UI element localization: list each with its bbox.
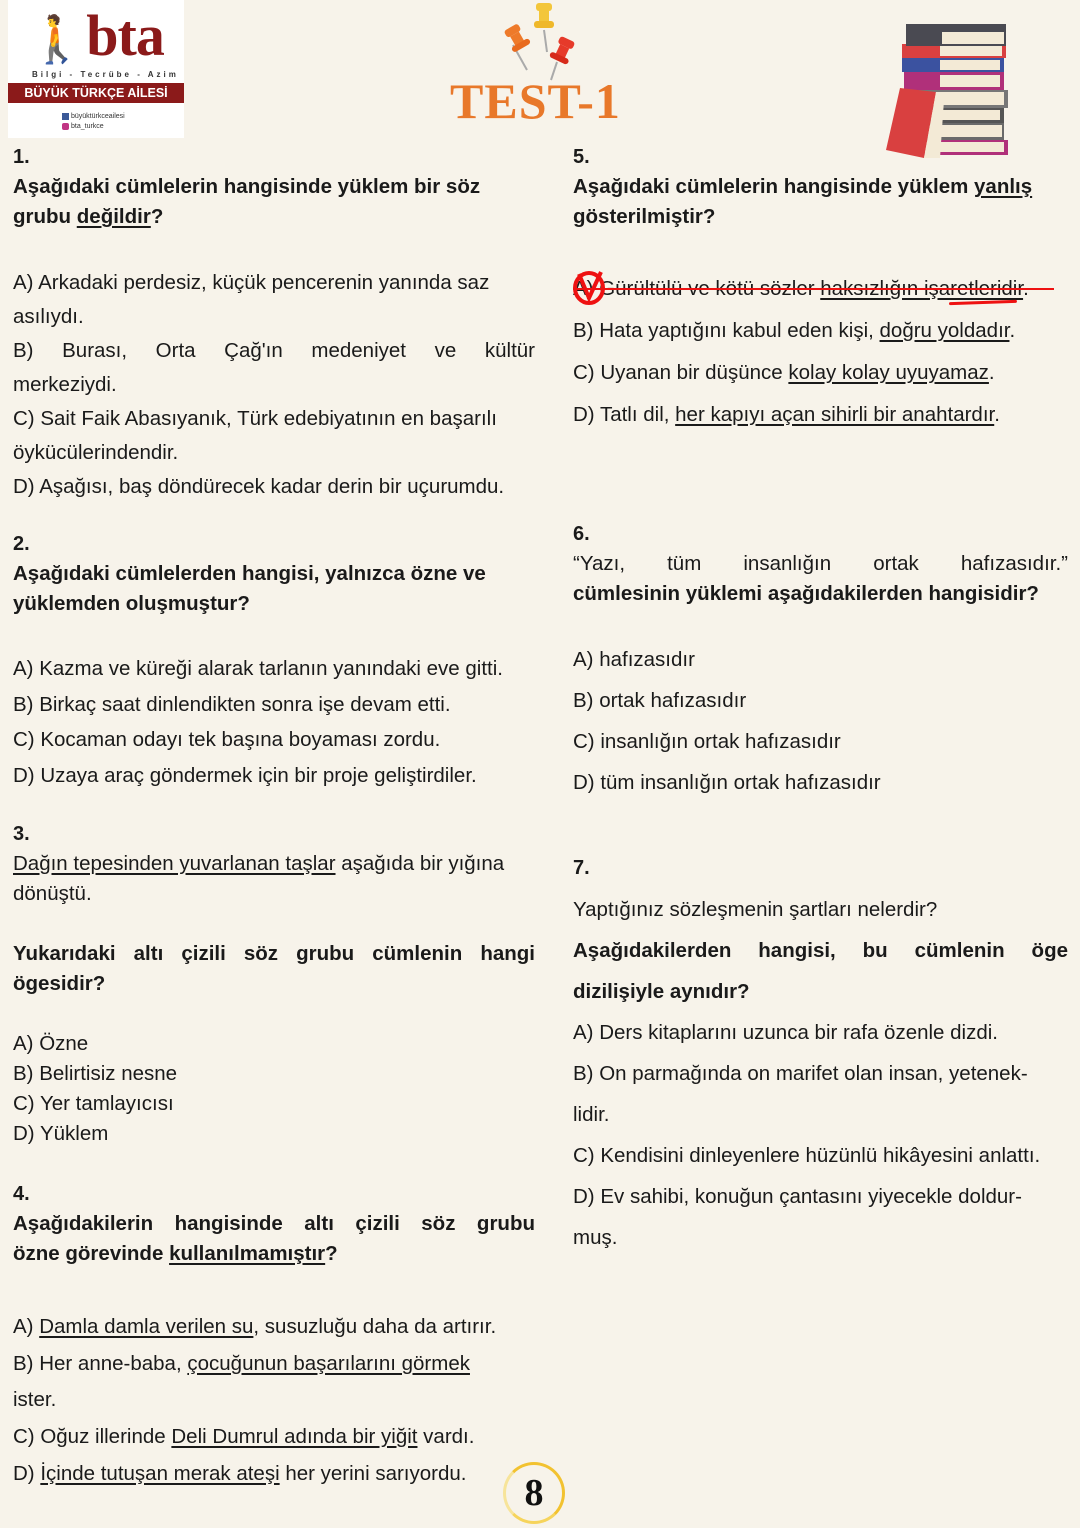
stem-text: ? bbox=[325, 1242, 338, 1265]
question-number: 4. bbox=[13, 1179, 535, 1209]
question-4: 4. Aşağıdakilerin hangisinde altı çizili… bbox=[13, 1179, 535, 1493]
stem-text: gösterilmiştir? bbox=[573, 205, 715, 228]
logo-brand: 🚶bta bbox=[28, 2, 164, 69]
question-stem: Aşağıdakilerin hangisinde altı çizili sö… bbox=[13, 1209, 535, 1269]
logo-slogan: Bilgi - Tecrübe - Azim bbox=[32, 70, 179, 79]
option-d[interactable]: D) Aşağısı, baş döndürecek kadar derin b… bbox=[13, 470, 535, 504]
option-text: her yerini sarıyordu. bbox=[280, 1462, 467, 1485]
option-text: B) Hata yaptığını kabul eden kişi, bbox=[573, 319, 880, 342]
option-d-cont: muş. bbox=[573, 1217, 1068, 1258]
option-a[interactable]: A) Damla damla verilen su, susuzluğu dah… bbox=[13, 1309, 535, 1346]
option-text: D) Tatlı dil, bbox=[573, 403, 675, 426]
question-stem: Yukarıdaki altı çizili söz grubu cümleni… bbox=[13, 939, 535, 999]
stem-text: Aşağıdaki cümlelerin hangisinde yüklem b… bbox=[13, 175, 480, 198]
stem-text: ? bbox=[151, 205, 164, 228]
option-c[interactable]: C) Yer tamlayıcısı bbox=[13, 1089, 535, 1119]
stem-underlined: yanlış bbox=[974, 175, 1032, 198]
option-c[interactable]: C) Kocaman odayı tek başına boyaması zor… bbox=[13, 722, 535, 758]
option-c[interactable]: C) Oğuz illerinde Deli Dumrul adında bir… bbox=[13, 1419, 535, 1456]
question-5: 5. Aşağıdaki cümlelerin hangisinde yükle… bbox=[573, 142, 1068, 436]
option-b-cont: merkeziydi. bbox=[13, 368, 535, 402]
stem-text: Yukarıdaki altı çizili söz grubu cümleni… bbox=[13, 939, 535, 969]
stem-underlined: kullanılmamıştır bbox=[169, 1242, 325, 1265]
stem-text: ögesidir? bbox=[13, 969, 535, 999]
option-a[interactable]: A) Arkadaki perdesiz, küçük pencerenin y… bbox=[13, 266, 535, 300]
question-number: 1. bbox=[13, 142, 535, 172]
question-number: 3. bbox=[13, 819, 535, 849]
stem-text: yüklemden oluşmuştur? bbox=[13, 592, 250, 615]
stem-text: Aşağıdakilerin hangisinde altı çizili sö… bbox=[13, 1209, 535, 1239]
option-underlined: çocuğunun başarılarını görmek bbox=[187, 1352, 470, 1375]
option-b[interactable]: B) Birkaç saat dinlendikten sonra işe de… bbox=[13, 687, 535, 723]
instagram-icon bbox=[62, 123, 69, 130]
option-c[interactable]: C) Uyanan bir düşünce kolay kolay uyuyam… bbox=[573, 352, 1068, 394]
sentence-underlined: Dağın tepesinden yuvarlanan taşlar bbox=[13, 852, 336, 875]
question-stem: Aşağıdaki cümlelerin hangisinde yüklem y… bbox=[573, 172, 1068, 232]
question-stem: Aşağıdaki cümlelerin hangisinde yüklem b… bbox=[13, 172, 535, 232]
instagram-handle: bta_turkce bbox=[71, 123, 104, 130]
option-underlined: Damla damla verilen su bbox=[39, 1315, 253, 1338]
question-number: 7. bbox=[573, 848, 1068, 889]
question-stem: Aşağıdaki cümlelerden hangisi, yalnızca … bbox=[13, 559, 535, 619]
option-label: A) bbox=[13, 1315, 39, 1338]
option-underlined: her kapıyı açan sihirli bir anahtardır bbox=[675, 403, 994, 426]
option-a[interactable]: A) Kazma ve küreği alarak tarlanın yanın… bbox=[13, 651, 535, 687]
question-3: 3. Dağın tepesinden yuvarlanan taşlar aş… bbox=[13, 819, 535, 1149]
option-d[interactable]: D) Ev sahibi, konuğun çantasını yiyecekl… bbox=[573, 1176, 1068, 1217]
option-d[interactable]: D) tüm insanlığın ortak hafızasıdır bbox=[573, 762, 1068, 803]
books-stack-icon bbox=[880, 20, 1010, 160]
option-b[interactable]: B) Belirtisiz nesne bbox=[13, 1059, 535, 1089]
question-number: 2. bbox=[13, 529, 535, 559]
option-text: . bbox=[994, 403, 1000, 426]
option-underlined: kolay kolay uyuyamaz bbox=[788, 361, 989, 384]
stem-text: özne görevinde bbox=[13, 1242, 169, 1265]
stem-text: Aşağıdakilerden hangisi, bu cümlenin öge bbox=[573, 930, 1068, 971]
option-d[interactable]: D) İçinde tutuşan merak ateşi her yerini… bbox=[13, 1456, 535, 1493]
option-b[interactable]: B) Burası, Orta Çağ'ın medeniyet ve kült… bbox=[13, 334, 535, 368]
option-a[interactable]: A) hafızasıdır bbox=[573, 639, 1068, 680]
page-title: TEST-1 bbox=[450, 72, 621, 130]
option-label: B) Her anne-baba, bbox=[13, 1352, 187, 1375]
option-b-cont: lidir. bbox=[573, 1094, 1068, 1135]
question-7: 7. Yaptığınız sözleşmenin şartları neler… bbox=[573, 848, 1068, 1258]
option-d[interactable]: D) Uzaya araç göndermek için bir proje g… bbox=[13, 758, 535, 794]
stem-text: grubu bbox=[13, 205, 77, 228]
checkmark-circle-icon bbox=[571, 266, 611, 310]
climbing-man-icon: 🚶 bbox=[28, 14, 84, 65]
option-text: . bbox=[1009, 319, 1015, 342]
option-d[interactable]: D) Tatlı dil, her kapıyı açan sihirli bi… bbox=[573, 394, 1068, 436]
strikethrough-mark bbox=[573, 288, 1054, 290]
option-c-cont: öykücülerindendir. bbox=[13, 436, 535, 470]
question-number: 6. bbox=[573, 519, 1068, 549]
option-text: , susuzluğu daha da artırır. bbox=[253, 1315, 496, 1338]
option-underlined: Deli Dumrul adında bir yiğit bbox=[171, 1425, 417, 1448]
option-b[interactable]: B) Hata yaptığını kabul eden kişi, doğru… bbox=[573, 310, 1068, 352]
stem-text: dizilişiyle aynıdır? bbox=[573, 971, 1068, 1012]
option-a[interactable]: A) Ders kitaplarını uzunca bir rafa özen… bbox=[573, 1012, 1068, 1053]
question-1: 1. Aşağıdaki cümlelerin hangisinde yükle… bbox=[13, 142, 535, 504]
publisher-logo: 🚶bta Bilgi - Tecrübe - Azim BÜYÜK TÜRKÇE… bbox=[8, 0, 184, 138]
sentence-text: dönüştü. bbox=[13, 882, 92, 905]
option-d[interactable]: D) Yüklem bbox=[13, 1119, 535, 1149]
option-a[interactable]: A) Gürültülü ve kötü sözler haksızlığın … bbox=[573, 268, 1068, 310]
facebook-handle: büyüktürkceailesi bbox=[71, 113, 125, 120]
facebook-icon bbox=[62, 113, 69, 120]
option-text: C) Uyanan bir düşünce bbox=[573, 361, 788, 384]
option-text: vardı. bbox=[417, 1425, 474, 1448]
logo-social: büyüktürkceailesi bta_turkce bbox=[62, 112, 125, 132]
question-number: 5. bbox=[573, 142, 1068, 172]
logo-brand-text: bta bbox=[86, 3, 164, 68]
sentence-text: aşağıda bir yığına bbox=[336, 852, 505, 875]
option-c[interactable]: C) Sait Faik Abasıyanık, Türk edebiyatın… bbox=[13, 402, 535, 436]
page-number: 8 bbox=[503, 1462, 565, 1524]
stem-text: Aşağıdaki cümlelerin hangisinde yüklem bbox=[573, 175, 974, 198]
logo-banner: BÜYÜK TÜRKÇE AİLESİ bbox=[8, 83, 184, 103]
option-text: . bbox=[989, 361, 995, 384]
question-sentence: Yaptığınız sözleşmenin şartları nelerdir… bbox=[573, 889, 1068, 930]
stem-text: Aşağıdaki cümlelerden hangisi, yalnızca … bbox=[13, 562, 486, 585]
option-label: C) Oğuz illerinde bbox=[13, 1425, 171, 1448]
option-b-cont: ister. bbox=[13, 1382, 535, 1419]
question-stem: Aşağıdakilerden hangisi, bu cümlenin öge… bbox=[573, 930, 1068, 1012]
stem-underlined: değildir bbox=[77, 205, 151, 228]
question-2: 2. Aşağıdaki cümlelerden hangisi, yalnız… bbox=[13, 529, 535, 793]
option-underlined: İçinde tutuşan merak ateşi bbox=[40, 1462, 279, 1485]
option-b[interactable]: B) Her anne-baba, çocuğunun başarılarını… bbox=[13, 1346, 535, 1383]
question-quote: “Yazı, tüm insanlığın ortak hafızasıdır.… bbox=[573, 549, 1068, 579]
option-a-cont: asılıydı. bbox=[13, 300, 535, 334]
option-c[interactable]: C) insanlığın ortak hafızasıdır bbox=[573, 721, 1068, 762]
question-6: 6. “Yazı, tüm insanlığın ortak hafızasıd… bbox=[573, 519, 1068, 803]
question-stem: cümlesinin yüklemi aşağıdakilerden hangi… bbox=[573, 579, 1068, 609]
option-c[interactable]: C) Kendisini dinleyenlere hüzünlü hikâye… bbox=[573, 1135, 1068, 1176]
option-label: D) bbox=[13, 1462, 40, 1485]
option-a[interactable]: A) Özne bbox=[13, 1029, 535, 1059]
option-underlined: doğru yoldadır bbox=[880, 319, 1010, 342]
option-b[interactable]: B) On parmağında on marifet olan insan, … bbox=[573, 1053, 1068, 1094]
question-sentence: Dağın tepesinden yuvarlanan taşlar aşağı… bbox=[13, 849, 535, 909]
option-b[interactable]: B) ortak hafızasıdır bbox=[573, 680, 1068, 721]
